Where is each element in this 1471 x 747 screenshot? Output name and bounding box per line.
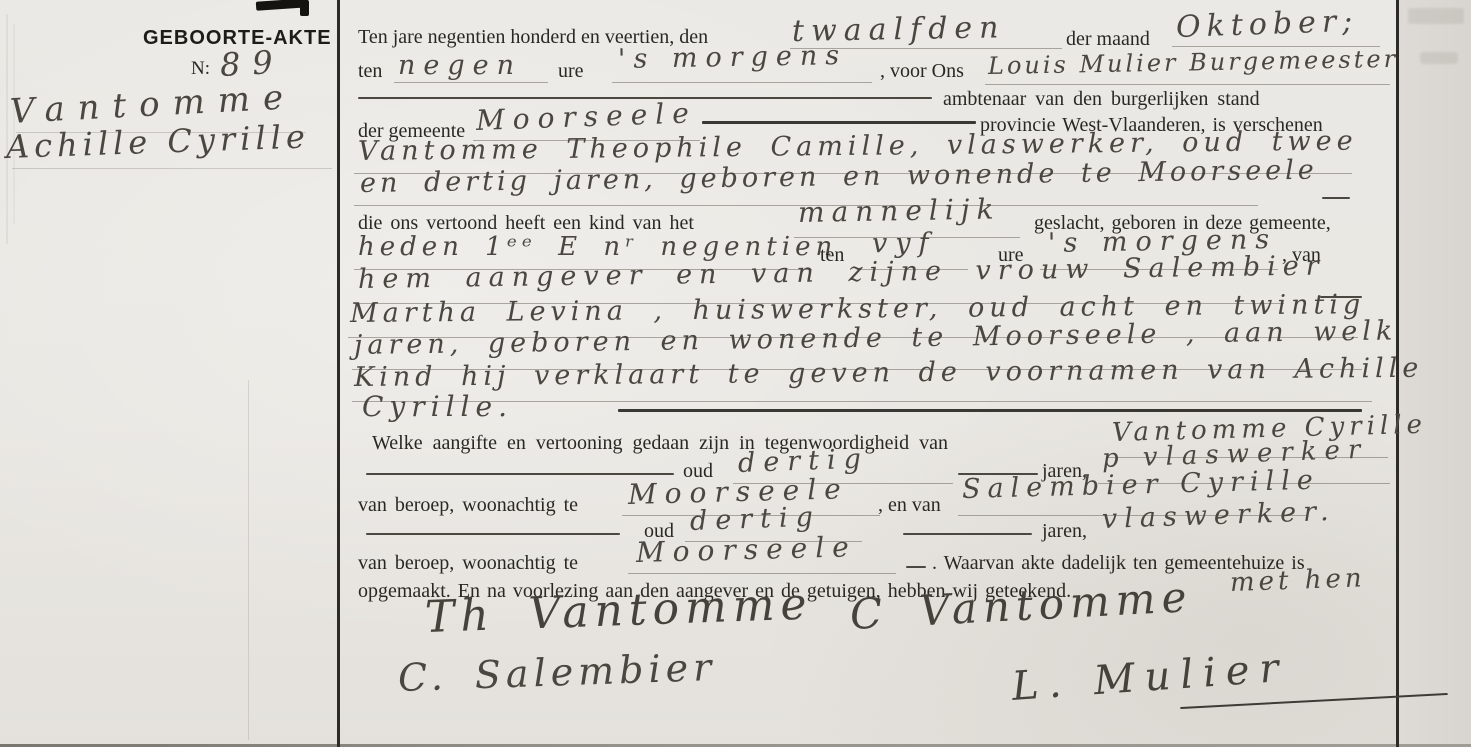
handwritten-hour: negen bbox=[398, 50, 522, 81]
signature-witness2: C. Salembier bbox=[397, 645, 717, 700]
printed-ure: ure bbox=[558, 60, 584, 83]
handwritten-officer-name: Louis Mulier Burgemeester bbox=[988, 45, 1399, 80]
printed-jaren-2: jaren, bbox=[1042, 520, 1087, 543]
fill-dash bbox=[906, 566, 926, 568]
margin-underline bbox=[12, 168, 332, 169]
birth-certificate-scan: GEBOORTE-AKTE N: 89 Vantomme Achille Cyr… bbox=[0, 0, 1471, 747]
blank-rule bbox=[618, 409, 1362, 412]
printed-ten: ten bbox=[358, 60, 382, 83]
blank-underline bbox=[985, 84, 1390, 85]
blank-underline bbox=[628, 573, 896, 574]
handwritten-witness2-occupation: vlaswerker. bbox=[1101, 496, 1336, 535]
printed-en-van: , en van bbox=[878, 494, 941, 517]
bleedthrough-mark bbox=[1408, 8, 1464, 24]
margin-underline bbox=[16, 132, 306, 133]
blank-underline bbox=[394, 82, 548, 83]
handwritten-met-hen: met hen bbox=[1229, 563, 1366, 598]
blank-rule bbox=[702, 121, 976, 124]
handwritten-sex: mannelijk bbox=[798, 192, 1001, 229]
bleedthrough-mark bbox=[1420, 52, 1458, 64]
printed-ambtenaar: ambtenaar van den burgerlijken stand bbox=[943, 88, 1260, 111]
handwritten-witness2-residence: Moorseele bbox=[636, 530, 858, 569]
printed-month-label: der maand bbox=[1066, 28, 1150, 51]
signature-officer: L. Mulier bbox=[1010, 645, 1290, 710]
paper-fold-line bbox=[248, 380, 249, 740]
blank-rule bbox=[366, 533, 620, 535]
handwritten-child-name: Cyrille. bbox=[362, 390, 513, 423]
page-edge-mark bbox=[300, 0, 309, 16]
printed-woonachtig-2: van beroep, woonachtig te bbox=[358, 552, 578, 575]
blank-underline bbox=[612, 82, 872, 83]
act-number-prefix: N: bbox=[191, 58, 210, 80]
handwritten-gemeente: Moorseele bbox=[475, 96, 697, 137]
handwritten-time-of-day: 's morgens bbox=[618, 40, 848, 75]
blank-rule bbox=[366, 473, 674, 475]
fill-dash bbox=[903, 533, 1032, 535]
printed-voor-ons: , voor Ons bbox=[880, 60, 964, 83]
margin-divider-rule bbox=[337, 0, 340, 747]
printed-woonachtig-1: van beroep, woonachtig te bbox=[358, 494, 578, 517]
fill-dash bbox=[1322, 197, 1350, 199]
handwritten-birth-hour: vyf bbox=[872, 228, 937, 259]
handwritten-month: Oktober; bbox=[1175, 4, 1358, 45]
